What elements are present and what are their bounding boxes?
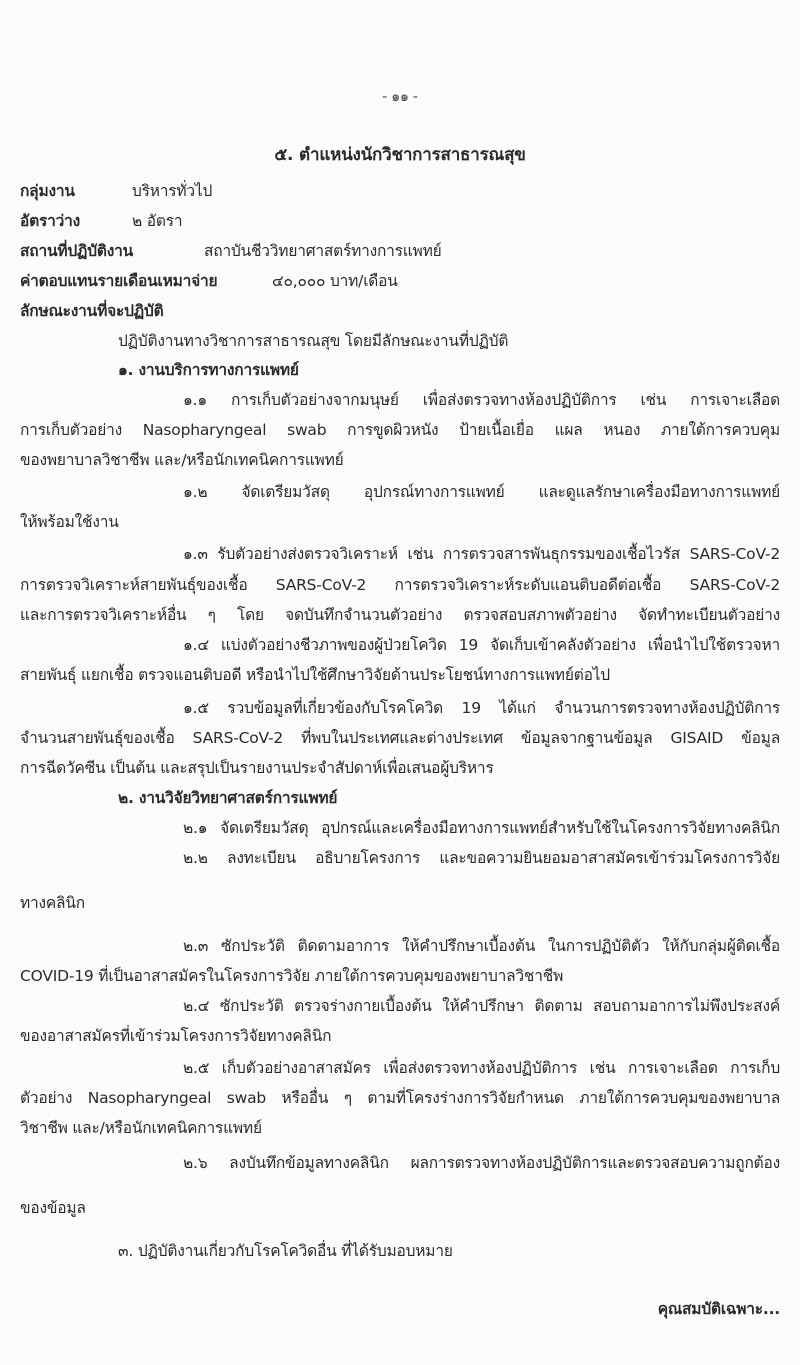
item-line: ๒.๓ ซักประวัติ ติดตามอาการ ให้คำปรึกษาเบ… [183, 935, 780, 957]
section-3-heading: ๓. ปฏิบัติงานเกี่ยวกับโรคโควิดอื่น ที่ได… [118, 1240, 453, 1262]
item-line: ให้พร้อมใช้งาน [20, 511, 119, 533]
item-line: ทางคลินิก [20, 892, 85, 914]
item-line: และการตรวจวิเคราะห์อื่น ๆ โดย จดบันทึกจำ… [20, 604, 780, 626]
item-line: ๒.๕ เก็บตัวอย่างอาสาสมัคร เพื่อส่งตรวจทา… [183, 1057, 780, 1079]
field-label: อัตราว่าง [20, 210, 132, 232]
item-line: ๑.๔ แบ่งตัวอย่างชีวภาพของผู้ป่วยโควิด 19… [183, 634, 780, 656]
item-line: ๒.๒ ลงทะเบียน อธิบายโครงการ และขอความยิน… [183, 847, 780, 869]
field-work-group: กลุ่มงานบริหารทั่วไป [20, 180, 212, 202]
item-line: การเก็บตัวอย่าง Nasopharyngeal swab การข… [20, 419, 780, 441]
section-2-heading: ๒. งานวิจัยวิทยาศาสตร์การแพทย์ [118, 787, 337, 809]
field-value: บริหารทั่วไป [132, 180, 212, 202]
item-line: สายพันธุ์ แยกเชื้อ ตรวจแอนติบอดี หรือนำไ… [20, 664, 610, 686]
field-workplace: สถานที่ปฏิบัติงานสถาบันชีววิทยาศาสตร์ทาง… [20, 240, 442, 262]
field-label: ค่าตอบแทนรายเดือนเหมาจ่าย [20, 270, 272, 292]
item-line: ของพยาบาลวิชาชีพ และ/หรือนักเทคนิคการแพท… [20, 449, 344, 471]
field-value: ๔๐,๐๐๐ บาท/เดือน [272, 270, 398, 292]
page-number: - ๑๑ - [0, 86, 800, 108]
duties-intro: ปฏิบัติงานทางวิชาการสาธารณสุข โดยมีลักษณ… [118, 330, 508, 352]
item-line: ๑.๓ รับตัวอย่างส่งตรวจวิเคราะห์ เช่น การ… [183, 543, 780, 565]
item-line: ของข้อมูล [20, 1197, 86, 1219]
field-value: ๒ อัตรา [132, 210, 182, 232]
field-value: สถาบันชีววิทยาศาสตร์ทางการแพทย์ [204, 240, 442, 262]
position-title: ๕. ตำแหน่งนักวิชาการสาธารณสุข [0, 144, 800, 166]
item-line: ๑.๕ รวบข้อมูลที่เกี่ยวข้องกับโรคโควิด 19… [183, 697, 780, 719]
item-line: ของอาสาสมัครที่เข้าร่วมโครงการวิจัยทางคล… [20, 1025, 331, 1047]
item-line: ๒.๖ ลงบันทึกข้อมูลทางคลินิก ผลการตรวจทาง… [183, 1152, 780, 1174]
field-label: สถานที่ปฏิบัติงาน [20, 240, 204, 262]
item-line: ๑.๒ จัดเตรียมวัสดุ อุปกรณ์ทางการแพทย์ แล… [183, 481, 780, 503]
field-vacancies: อัตราว่าง๒ อัตรา [20, 210, 182, 232]
item-line: จำนวนสายพันธุ์ของเชื้อ SARS-CoV-2 ที่พบใ… [20, 727, 780, 749]
item-line: ๑.๑ การเก็บตัวอย่างจากมนุษย์ เพื่อส่งตรว… [183, 389, 780, 411]
continuation-marker: คุณสมบัติเฉพาะ... [658, 1298, 780, 1320]
item-line: การตรวจวิเคราะห์สายพันธุ์ของเชื้อ SARS-C… [20, 574, 780, 596]
item-line: ๒.๑ จัดเตรียมวัสดุ อุปกรณ์และเครื่องมือท… [183, 817, 780, 839]
item-line: COVID-19 ที่เป็นอาสาสมัครในโครงการวิจัย … [20, 965, 563, 987]
item-line: ตัวอย่าง Nasopharyngeal swab หรืออื่น ๆ … [20, 1087, 780, 1109]
item-line: วิชาชีพ และ/หรือนักเทคนิคการแพทย์ [20, 1117, 262, 1139]
section-1-heading: ๑. งานบริการทางการแพทย์ [118, 359, 299, 381]
field-label: กลุ่มงาน [20, 180, 132, 202]
field-salary: ค่าตอบแทนรายเดือนเหมาจ่าย๔๐,๐๐๐ บาท/เดือ… [20, 270, 398, 292]
item-line: ๒.๔ ซักประวัติ ตรวจร่างกายเบื้องต้น ให้ค… [183, 995, 780, 1017]
duties-heading: ลักษณะงานที่จะปฏิบัติ [20, 300, 163, 322]
item-line: การฉีดวัคซีน เป็นต้น และสรุปเป็นรายงานปร… [20, 757, 494, 779]
